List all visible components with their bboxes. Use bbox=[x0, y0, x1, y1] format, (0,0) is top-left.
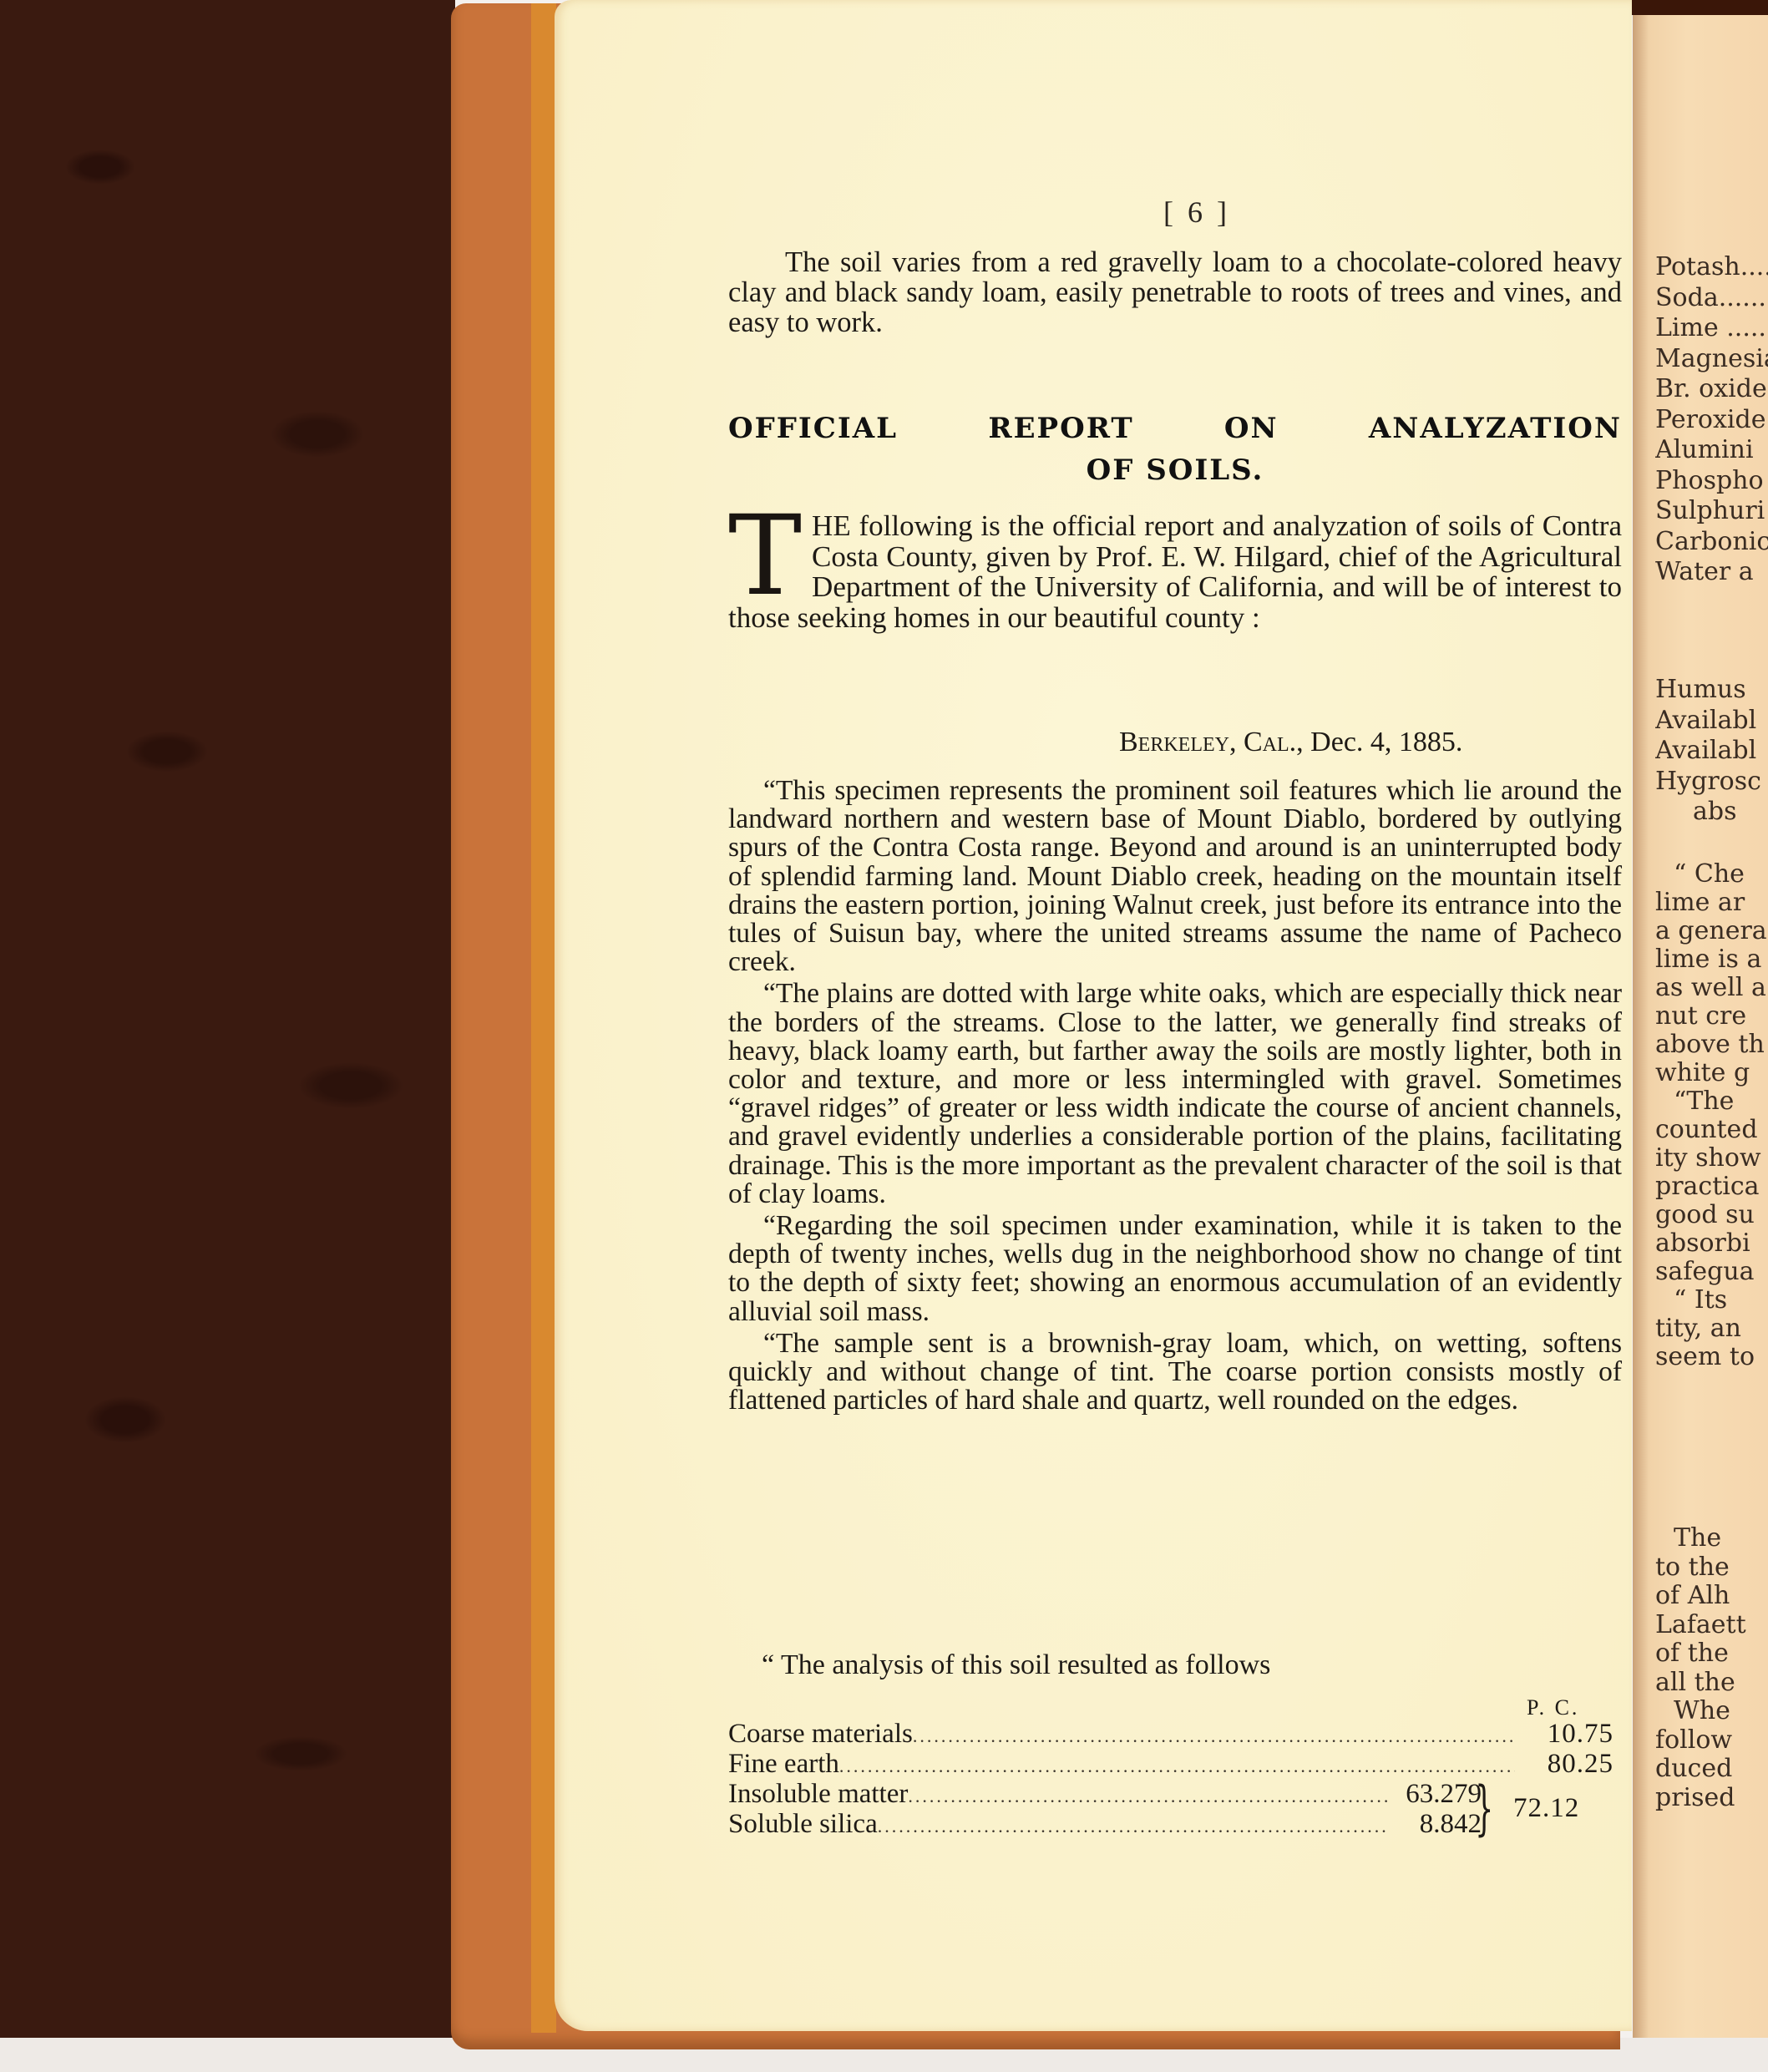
text-line: counted bbox=[1655, 1116, 1768, 1144]
list-item: Magnesia bbox=[1655, 344, 1768, 375]
endpaper-inner bbox=[531, 3, 556, 2033]
page-number: [ 6 ] bbox=[1163, 195, 1230, 230]
text-line: duced bbox=[1655, 1755, 1768, 1784]
letter-paragraph: “This specimen represents the prominent … bbox=[728, 777, 1622, 976]
letter-paragraph: “The sample sent is a brownish-gray loam… bbox=[728, 1330, 1622, 1416]
list-item: Soda....... bbox=[1655, 283, 1768, 314]
group-value: 72.12 bbox=[1513, 1793, 1579, 1824]
table-row: Coarse materials .......................… bbox=[728, 1719, 1613, 1749]
text-line: nut cre bbox=[1655, 1002, 1768, 1031]
page-title: OFFICIAL REPORT ON ANALYZATION OF SOILS. bbox=[728, 408, 1622, 491]
drop-cap: T bbox=[728, 514, 802, 598]
list-item: Hygrosc bbox=[1655, 767, 1768, 798]
text-line: lime ar bbox=[1655, 889, 1768, 917]
text-line: as well a bbox=[1655, 974, 1768, 1002]
text-line: white g bbox=[1655, 1059, 1768, 1087]
list-item: Carbonic bbox=[1655, 527, 1768, 558]
facing-paragraph-1: “ Che lime ar a genera lime is a as well… bbox=[1655, 860, 1768, 1371]
text-line: of Alh bbox=[1655, 1582, 1768, 1611]
text-line: safegua bbox=[1655, 1258, 1768, 1286]
letter-paragraph: “The plains are dotted with large white … bbox=[728, 980, 1622, 1208]
book-cover bbox=[0, 0, 455, 2038]
list-item: Sulphuri bbox=[1655, 496, 1768, 527]
row-label: Fine earth bbox=[728, 1749, 839, 1779]
text-line: seem to bbox=[1655, 1343, 1768, 1371]
list-item: Lime ..... bbox=[1655, 313, 1768, 344]
row-sub-value: 63.279 bbox=[1390, 1779, 1482, 1809]
text-line: practica bbox=[1655, 1173, 1768, 1201]
list-item: abs bbox=[1655, 797, 1768, 828]
text-line: “The bbox=[1655, 1087, 1768, 1116]
letter-paragraph: “Regarding the soil specimen under exami… bbox=[728, 1212, 1622, 1326]
text-line: all the bbox=[1655, 1669, 1768, 1698]
group-brace: } bbox=[1475, 1779, 1493, 1837]
text-line: The bbox=[1655, 1524, 1768, 1553]
facing-list-bottom: Humus Availabl Availabl Hygrosc abs bbox=[1655, 675, 1768, 828]
text-line: to the bbox=[1655, 1553, 1768, 1583]
title-line-1: OFFICIAL REPORT ON ANALYZATION bbox=[728, 408, 1622, 449]
text-line: follow bbox=[1655, 1726, 1768, 1755]
list-item: Peroxide bbox=[1655, 405, 1768, 436]
text-line: a genera bbox=[1655, 917, 1768, 945]
list-item: Phospho bbox=[1655, 466, 1768, 497]
text-line: “ Its bbox=[1655, 1286, 1768, 1315]
dot-leader: ........................................… bbox=[908, 1781, 1390, 1811]
list-item: Availabl bbox=[1655, 706, 1768, 737]
list-item: Availabl bbox=[1655, 736, 1768, 767]
dateline-place: Berkeley, Cal., bbox=[1119, 727, 1304, 757]
row-sub-value: 8.842 bbox=[1390, 1809, 1482, 1839]
dateline: Berkeley, Cal., Dec. 4, 1885. bbox=[1119, 727, 1462, 758]
letter-body: “This specimen represents the prominent … bbox=[728, 777, 1622, 1415]
text-line: lime is a bbox=[1655, 945, 1768, 974]
text-line: absorbi bbox=[1655, 1229, 1768, 1258]
row-label: Coarse materials bbox=[728, 1719, 913, 1749]
analysis-intro: “ The analysis of this soil resulted as … bbox=[762, 1649, 1270, 1681]
text-line: “ Che bbox=[1655, 860, 1768, 889]
text-line: prised bbox=[1655, 1784, 1768, 1813]
facing-paragraph-2: The to the of Alh Lafaett of the all the… bbox=[1655, 1524, 1768, 1812]
row-value: 10.75 bbox=[1515, 1719, 1613, 1749]
intro-paragraph: The soil varies from a red gravelly loam… bbox=[728, 247, 1622, 337]
dot-leader: ........................................… bbox=[913, 1721, 1515, 1751]
title-line-2: OF SOILS. bbox=[728, 449, 1622, 491]
list-item: Potash.... bbox=[1655, 252, 1768, 283]
dot-leader: ........................................… bbox=[878, 1811, 1390, 1841]
row-value: 80.25 bbox=[1515, 1749, 1613, 1779]
dot-leader: ........................................… bbox=[839, 1751, 1515, 1781]
text-line: Whe bbox=[1655, 1697, 1768, 1726]
facing-list-top: Potash.... Soda....... Lime ..... Magnes… bbox=[1655, 252, 1768, 588]
text-line: of the bbox=[1655, 1639, 1768, 1669]
row-label: Soluble silica bbox=[728, 1809, 878, 1839]
text-line: good su bbox=[1655, 1201, 1768, 1229]
dropcap-paragraph-text: HE following is the official report and … bbox=[728, 509, 1622, 634]
list-item: Humus bbox=[1655, 675, 1768, 706]
dateline-date: Dec. 4, 1885. bbox=[1310, 727, 1462, 757]
analysis-column-header: P. C. bbox=[1527, 1695, 1579, 1720]
text-line: ity show bbox=[1655, 1144, 1768, 1173]
text-line: tity, an bbox=[1655, 1315, 1768, 1343]
row-label: Insoluble matter bbox=[728, 1779, 908, 1809]
text-line: above th bbox=[1655, 1031, 1768, 1059]
list-item: Br. oxide bbox=[1655, 374, 1768, 405]
list-item: Water a bbox=[1655, 557, 1768, 588]
text-line: Lafaett bbox=[1655, 1611, 1768, 1640]
dropcap-paragraph: T HE following is the official report an… bbox=[728, 511, 1622, 633]
list-item: Alumini bbox=[1655, 435, 1768, 466]
